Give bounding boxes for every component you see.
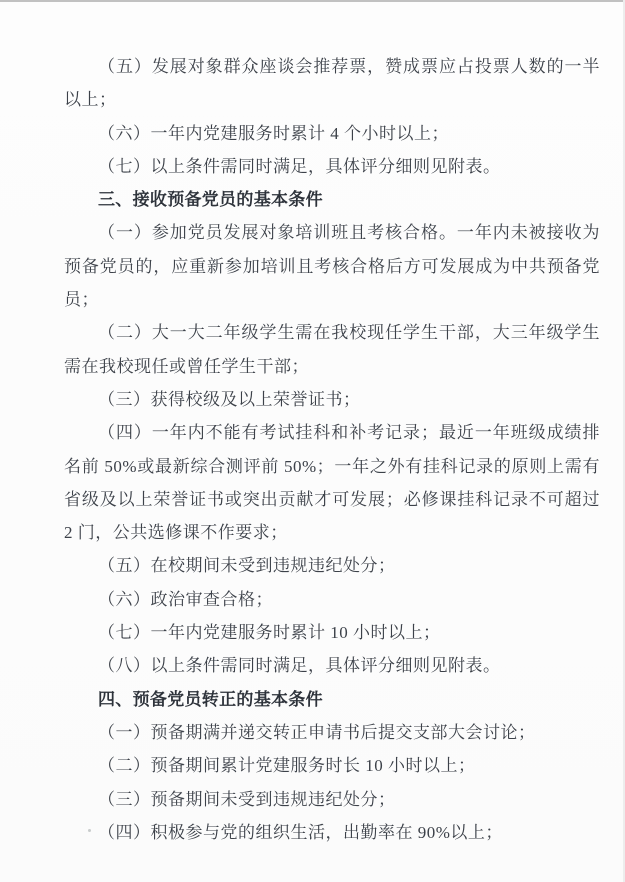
paragraph: （五）在校期间未受到违规违纪处分； xyxy=(64,549,600,582)
paragraph: （七）一年内党建服务时累计 10 小时以上； xyxy=(64,616,600,649)
paragraph: （二）预备期间累计党建服务时长 10 小时以上； xyxy=(64,749,600,782)
section-heading: 三、接收预备党员的基本条件 xyxy=(64,183,600,216)
paragraph: （七）以上条件需同时满足，具体评分细则见附表。 xyxy=(64,150,600,183)
paragraph: （八）以上条件需同时满足，具体评分细则见附表。 xyxy=(64,649,600,682)
document-text-block: （五）发展对象群众座谈会推荐票，赞成票应占投票人数的一半以上；（六）一年内党建服… xyxy=(64,50,600,849)
document-page: （五）发展对象群众座谈会推荐票，赞成票应占投票人数的一半以上；（六）一年内党建服… xyxy=(0,0,625,882)
paragraph: （二）大一大二年级学生需在我校现任学生干部，大三年级学生需在我校现任或曾任学生干… xyxy=(64,316,600,383)
paragraph: （三）获得校级及以上荣誉证书； xyxy=(64,383,600,416)
scan-speck-artifact xyxy=(88,829,91,832)
scan-top-edge xyxy=(0,0,625,2)
paragraph: （一）预备期满并递交转正申请书后提交支部大会讨论； xyxy=(64,716,600,749)
paragraph: （五）发展对象群众座谈会推荐票，赞成票应占投票人数的一半以上； xyxy=(64,50,600,117)
paragraph: （三）预备期间未受到违规违纪处分； xyxy=(64,783,600,816)
paragraph: （四）一年内不能有考试挂科和补考记录；最近一年班级成绩排名前 50%或最新综合测… xyxy=(64,416,600,549)
paragraph: （六）一年内党建服务时累计 4 个小时以上； xyxy=(64,117,600,150)
paragraph: （一）参加党员发展对象培训班且考核合格。一年内未被接收为预备党员的，应重新参加培… xyxy=(64,216,600,316)
section-heading: 四、预备党员转正的基本条件 xyxy=(64,683,600,716)
paragraph: （四）积极参与党的组织生活，出勤率在 90%以上； xyxy=(64,816,600,849)
paragraph: （六）政治审查合格； xyxy=(64,583,600,616)
